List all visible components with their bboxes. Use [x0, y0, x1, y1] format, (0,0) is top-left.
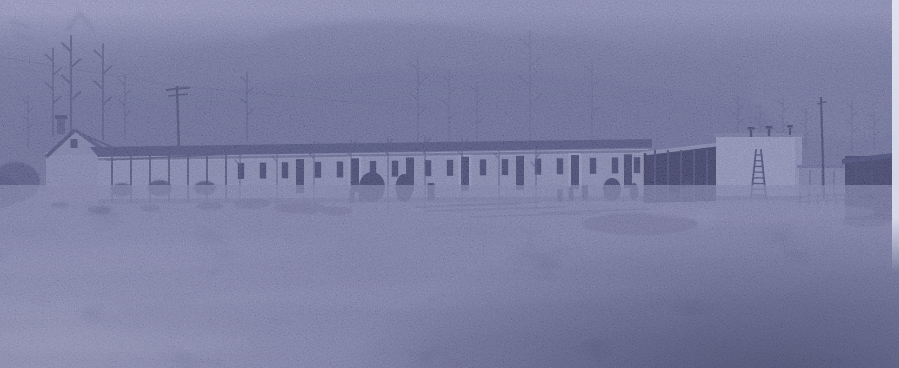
photo-edge-border	[892, 0, 899, 272]
historic-photo	[0, 0, 899, 368]
photo-canvas	[0, 0, 899, 368]
light-bottom-left	[0, 0, 899, 368]
